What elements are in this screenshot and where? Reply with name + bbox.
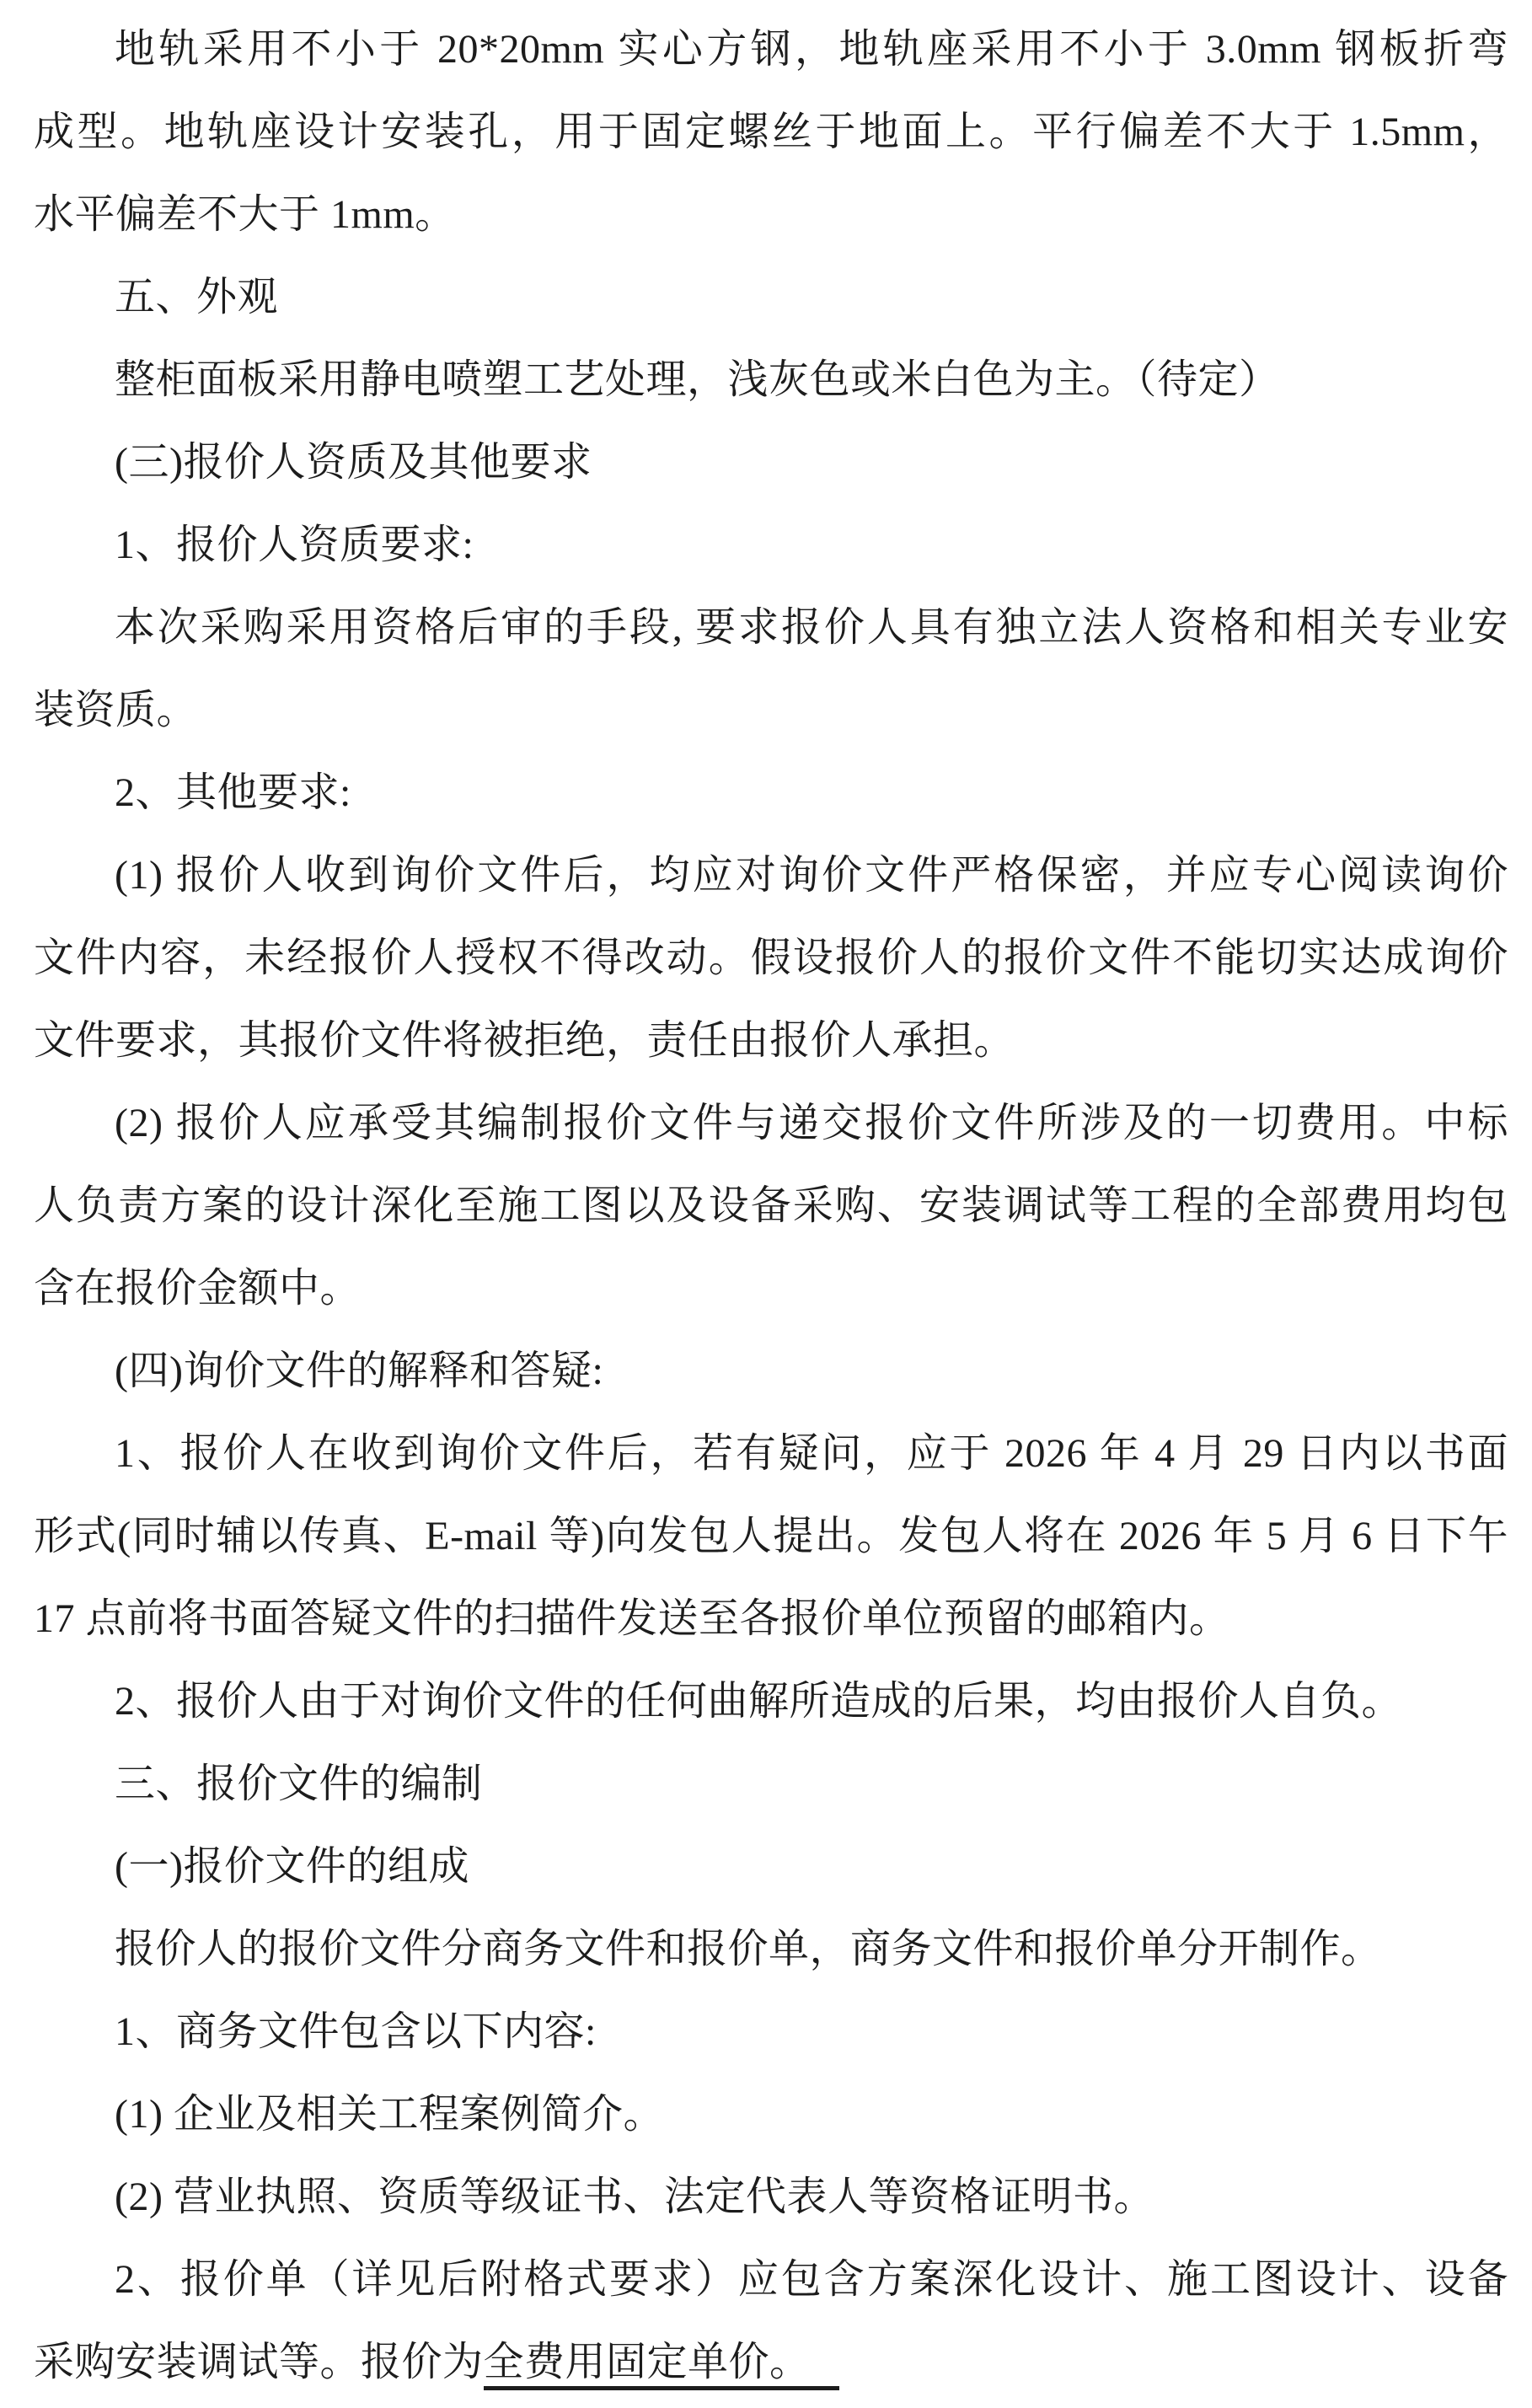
text-line: 2、报价人由于对询价文件的任何曲解所造成的后果，均由报价人自负。 <box>34 1660 1508 1743</box>
text-line: 装资质。 <box>34 669 1508 752</box>
section-heading: (三)报价人资质及其他要求 <box>34 421 1508 504</box>
section-heading: 1、报价人资质要求: <box>34 504 1508 587</box>
underlined-text: 全费用固定单价。 <box>484 2340 839 2390</box>
text-line: 1、商务文件包含以下内容: <box>34 1991 1508 2073</box>
text-line: (2) 营业执照、资质等级证书、法定代表人等资格证明书。 <box>34 2156 1508 2239</box>
text-line: 文件内容，未经报价人授权不得改动。假设报价人的报价文件不能切实达成询价 <box>34 917 1508 1000</box>
text-line: 本次采购采用资格后审的手段, 要求报价人具有独立法人资格和相关专业安 <box>34 587 1508 669</box>
section-heading: 2、其他要求: <box>34 752 1508 834</box>
text-line: 报价人的报价文件分商务文件和报价单，商务文件和报价单分开制作。 <box>34 1908 1508 1991</box>
section-heading: (一)报价文件的组成 <box>34 1826 1508 1908</box>
text-segment: 采购安装调试等。报价为 <box>34 2340 484 2384</box>
text-line: (1) 企业及相关工程案例简介。 <box>34 2073 1508 2156</box>
section-heading: 三、报价文件的编制 <box>34 1743 1508 1826</box>
text-line: 水平偏差不大于 1mm。 <box>34 174 1508 256</box>
text-line: (2) 报价人应承受其编制报价文件与递交报价文件所涉及的一切费用。中标 <box>34 1082 1508 1165</box>
text-line: 含在报价金额中。 <box>34 1247 1508 1330</box>
document-page: 地轨采用不小于 20*20mm 实心方钢，地轨座采用不小于 3.0mm 钢板折弯… <box>0 0 1532 2408</box>
text-line: 整柜面板采用静电喷塑工艺处理，浅灰色或米白色为主。（待定） <box>34 339 1508 421</box>
text-line: 文件要求，其报价文件将被拒绝，责任由报价人承担。 <box>34 1000 1508 1082</box>
text-line: 人负责方案的设计深化至施工图以及设备采购、安装调试等工程的全部费用均包 <box>34 1165 1508 1247</box>
text-line: (1) 报价人收到询价文件后，均应对询价文件严格保密，并应专心阅读询价 <box>34 834 1508 917</box>
text-line: 2、报价单（详见后附格式要求）应包含方案深化设计、施工图设计、设备 <box>34 2239 1508 2321</box>
text-line: 成型。地轨座设计安装孔，用于固定螺丝于地面上。平行偏差不大于 1.5mm， <box>34 91 1508 174</box>
text-line: 地轨采用不小于 20*20mm 实心方钢，地轨座采用不小于 3.0mm 钢板折弯 <box>34 8 1508 91</box>
text-line: 形式(同时辅以传真、E-mail 等)向发包人提出。发包人将在 2026 年 5… <box>34 1495 1508 1578</box>
text-line: 1、报价人在收到询价文件后，若有疑问，应于 2026 年 4 月 29 日内以书… <box>34 1413 1508 1495</box>
text-line: 17 点前将书面答疑文件的扫描件发送至各报价单位预留的邮箱内。 <box>34 1578 1508 1660</box>
section-heading: (四)询价文件的解释和答疑: <box>34 1330 1508 1413</box>
section-heading: 五、外观 <box>34 256 1508 339</box>
text-line: 采购安装调试等。报价为全费用固定单价。 <box>34 2321 1508 2404</box>
